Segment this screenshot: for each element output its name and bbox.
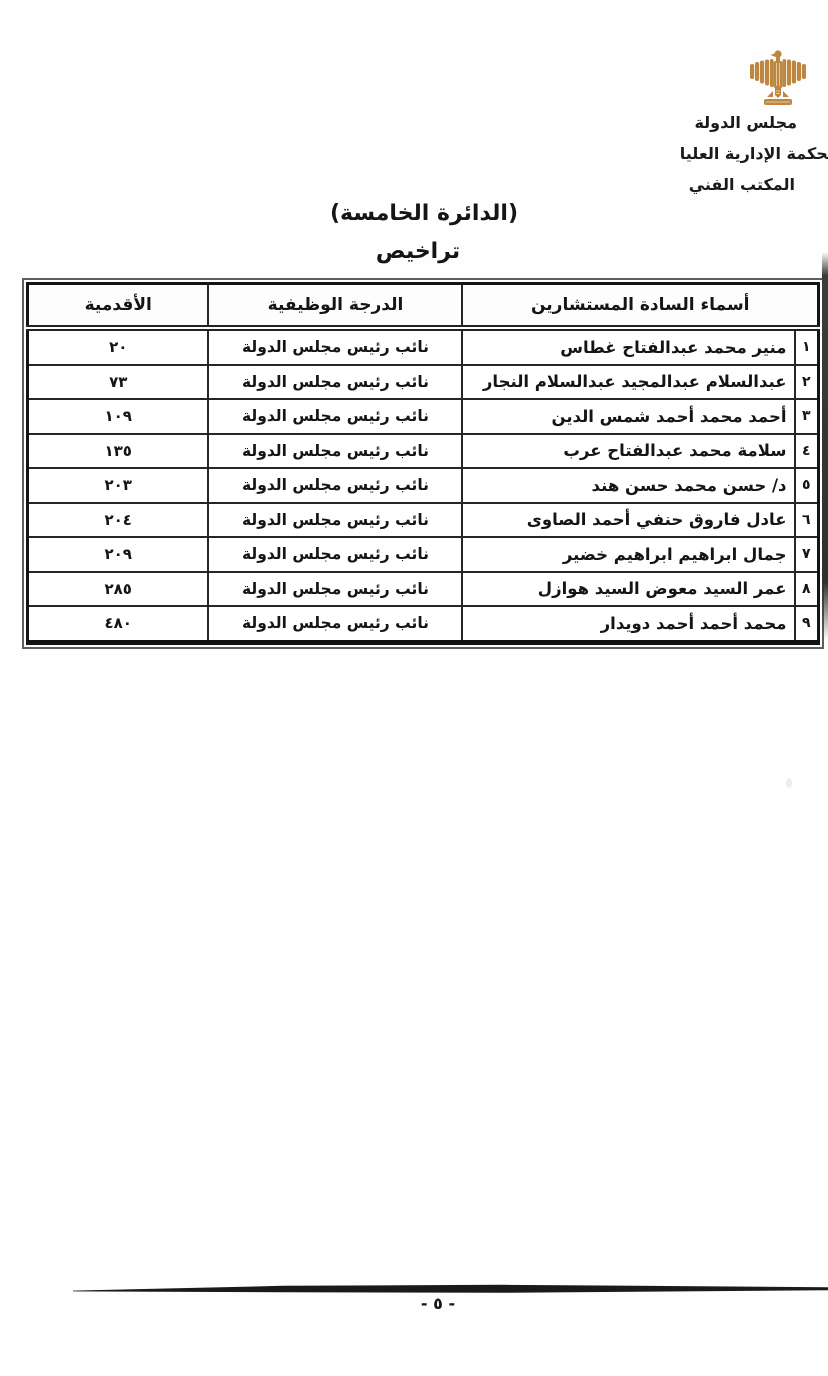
row-number-cell: ٣: [795, 399, 819, 434]
counselor-name-cell: منير محمد عبدالفتاح غطاس: [462, 328, 794, 365]
seniority-cell: ١٣٥: [28, 434, 209, 469]
grade-cell: نائب رئيس مجلس الدولة: [208, 503, 462, 538]
row-number-cell: ٧: [795, 537, 819, 572]
table-row: ٣ أحمد محمد أحمد شمس الدين نائب رئيس مجل…: [28, 399, 819, 434]
table-row: ٩ محمد أحمد أحمد دويدار نائب رئيس مجلس ا…: [28, 606, 819, 642]
document-subtitle: تراخيص: [0, 239, 828, 264]
counselor-name-cell: د/ حسن محمد حسن هند: [462, 468, 794, 503]
scanned-document-page: { "header": { "logo": "egypt-eagle-emble…: [0, 0, 828, 1376]
counselor-name-cell: عادل فاروق حنفي أحمد الصاوى: [462, 503, 794, 538]
footer-rule: [73, 1281, 828, 1293]
grade-cell: نائب رئيس مجلس الدولة: [208, 572, 462, 607]
grade-cell: نائب رئيس مجلس الدولة: [208, 537, 462, 572]
seniority-cell: ٢٠: [28, 328, 209, 365]
row-number-cell: ٩: [795, 606, 819, 642]
grade-cell: نائب رئيس مجلس الدولة: [208, 365, 462, 400]
seniority-cell: ٢٠٩: [28, 537, 209, 572]
seniority-cell: ٢٠٤: [28, 503, 209, 538]
row-number-cell: ٢: [795, 365, 819, 400]
counselors-table: أسماء السادة المستشارين الدرجة الوظيفية …: [26, 282, 820, 645]
table-row: ٢ عبدالسلام عبدالمجيد عبدالسلام النجار ن…: [28, 365, 819, 400]
counselor-name-cell: عبدالسلام عبدالمجيد عبدالسلام النجار: [462, 365, 794, 400]
scan-edge-shadow: [822, 252, 828, 640]
table-row: ٤ سلامة محمد عبدالفتاح عرب نائب رئيس مجل…: [28, 434, 819, 469]
row-number-cell: ٨: [795, 572, 819, 607]
table-row: ٧ جمال ابراهيم ابراهيم خضير نائب رئيس مج…: [28, 537, 819, 572]
grade-cell: نائب رئيس مجلس الدولة: [208, 468, 462, 503]
counselor-name-cell: أحمد محمد أحمد شمس الدين: [462, 399, 794, 434]
org-name-council-of-state: مجلس الدولة: [694, 113, 797, 132]
egypt-eagle-emblem-icon: [746, 46, 810, 114]
row-number-cell: ٥: [795, 468, 819, 503]
org-name-supreme-administrative-court: المحكمة الإدارية العليا: [680, 144, 828, 163]
circuit-title: (الدائرة الخامسة): [0, 201, 828, 226]
table-header-row: أسماء السادة المستشارين الدرجة الوظيفية …: [28, 284, 819, 329]
counselor-name-cell: عمر السيد معوض السيد هوازل: [462, 572, 794, 607]
seniority-cell: ٢٨٥: [28, 572, 209, 607]
counselor-name-cell: جمال ابراهيم ابراهيم خضير: [462, 537, 794, 572]
page-number: - ٥ -: [0, 1294, 828, 1313]
counselors-table-frame: أسماء السادة المستشارين الدرجة الوظيفية …: [22, 278, 824, 649]
seniority-cell: ٢٠٣: [28, 468, 209, 503]
table-row: ٥ د/ حسن محمد حسن هند نائب رئيس مجلس الد…: [28, 468, 819, 503]
column-header-seniority: الأقدمية: [28, 284, 209, 329]
grade-cell: نائب رئيس مجلس الدولة: [208, 434, 462, 469]
table-body: ١ منير محمد عبدالفتاح غطاس نائب رئيس مجل…: [28, 328, 819, 642]
table-row: ١ منير محمد عبدالفتاح غطاس نائب رئيس مجل…: [28, 328, 819, 365]
counselor-name-cell: سلامة محمد عبدالفتاح عرب: [462, 434, 794, 469]
seniority-cell: ٤٨٠: [28, 606, 209, 642]
table-row: ٨ عمر السيد معوض السيد هوازل نائب رئيس م…: [28, 572, 819, 607]
row-number-cell: ٤: [795, 434, 819, 469]
seniority-cell: ١٠٩: [28, 399, 209, 434]
row-number-cell: ٦: [795, 503, 819, 538]
grade-cell: نائب رئيس مجلس الدولة: [208, 606, 462, 642]
grade-cell: نائب رئيس مجلس الدولة: [208, 399, 462, 434]
grade-cell: نائب رئيس مجلس الدولة: [208, 328, 462, 365]
column-header-names: أسماء السادة المستشارين: [462, 284, 818, 329]
org-name-technical-office: المكتب الفني: [689, 175, 795, 194]
column-header-grade: الدرجة الوظيفية: [208, 284, 462, 329]
counselor-name-cell: محمد أحمد أحمد دويدار: [462, 606, 794, 642]
seniority-cell: ٧٣: [28, 365, 209, 400]
scan-smudge: [786, 778, 792, 788]
table-row: ٦ عادل فاروق حنفي أحمد الصاوى نائب رئيس …: [28, 503, 819, 538]
row-number-cell: ١: [795, 328, 819, 365]
